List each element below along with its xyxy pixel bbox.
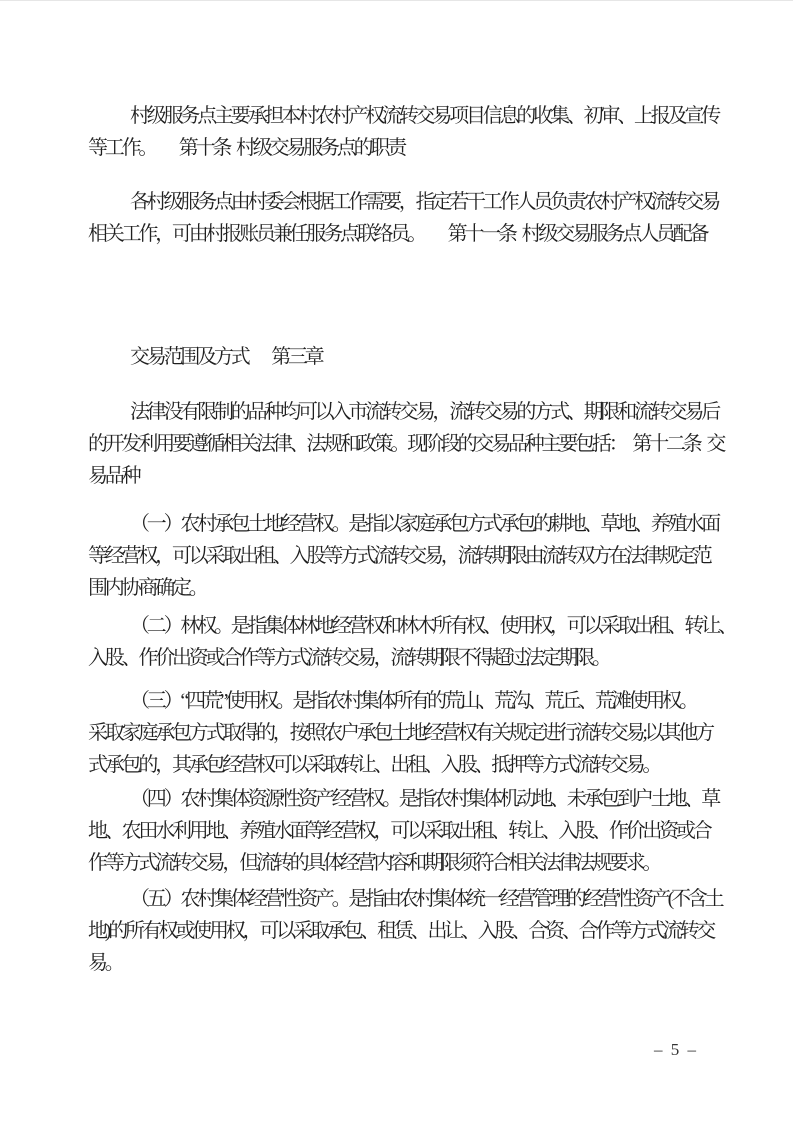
text-line: 法律没有限制的品种均可以入市流转交易，流转交易的方式、期限和流转交易后 bbox=[88, 396, 708, 428]
text-line: 各村级服务点由村委会根据工作需要，指定若干工作人员负责农村产权流转交易 bbox=[88, 186, 708, 218]
text-line: （四）农村集体资源性资产经营权。是指农村集体机动地、未承包到户土地、草 bbox=[88, 783, 708, 815]
list-item-4-collective-resource-assets: （四）农村集体资源性资产经营权。是指农村集体机动地、未承包到户土地、草 地、农田… bbox=[88, 783, 708, 879]
text-line: （三）“四荒”使用权。是指农村集体所有的荒山、荒沟、荒丘、荒滩使用权。 bbox=[88, 685, 708, 717]
text-line: 相关工作，可由村报账员兼任服务点联络员。 第十一条 村级交易服务点人员配备 bbox=[88, 218, 708, 250]
text-line: （一）农村承包土地经营权。是指以家庭承包方式承包的耕地、草地、养殖水面 bbox=[88, 508, 708, 540]
text-line: 入股、作价出资或合作等方式流转交易，流转期限不得超过法定期限。 bbox=[88, 642, 708, 674]
document-body: 村级服务点主要承担本村农村产权流转交易项目信息的收集、初审、上报及宣传 等工作。… bbox=[88, 1, 708, 1062]
text-line: 村级服务点主要承担本村农村产权流转交易项目信息的收集、初审、上报及宣传 bbox=[88, 100, 708, 132]
text-line: 易品种 bbox=[88, 460, 708, 492]
text-line: 式承包的，其承包经营权可以采取转让、出租、入股、抵押等方式流转交易。 bbox=[88, 749, 708, 781]
text-line: 作等方式流转交易，但流转的具体经营内容和期限须符合相关法律法规要求。 bbox=[88, 847, 708, 879]
paragraph-trading-varieties-intro: 法律没有限制的品种均可以入市流转交易，流转交易的方式、期限和流转交易后 的开发利… bbox=[88, 396, 708, 492]
text-line: 等工作。 第十条 村级交易服务点的职责 bbox=[88, 132, 708, 164]
chapter-heading: 交易范围及方式 第三章 bbox=[88, 341, 708, 373]
list-item-5-collective-operating-assets: （五）农村集体经营性资产。是指由农村集体统一经营管理的经营性资产(不含土 地)的… bbox=[88, 883, 708, 979]
text-line: （二）林权。是指集体林地经营权和林木所有权、使用权，可以采取出租、转让、 bbox=[88, 610, 708, 642]
text-line: 地、农田水利用地、养殖水面等经营权，可以采取出租、转让、入股、作价出资或合 bbox=[88, 815, 708, 847]
text-line: （五）农村集体经营性资产。是指由农村集体统一经营管理的经营性资产(不含土 bbox=[88, 883, 708, 915]
page-number: – 5 – bbox=[88, 1038, 708, 1062]
list-item-2-forest-rights: （二）林权。是指集体林地经营权和林木所有权、使用权，可以采取出租、转让、 入股、… bbox=[88, 610, 708, 674]
list-item-3-wasteland-use-rights: （三）“四荒”使用权。是指农村集体所有的荒山、荒沟、荒丘、荒滩使用权。 采取家庭… bbox=[88, 685, 708, 781]
text-line: 易。 bbox=[88, 947, 708, 979]
list-item-1-contracted-land-rights: （一）农村承包土地经营权。是指以家庭承包方式承包的耕地、草地、养殖水面 等经营权… bbox=[88, 508, 708, 604]
text-line: 的开发利用要遵循相关法律、法规和政策。现阶段的交易品种主要包括： 第十二条 交 bbox=[88, 428, 708, 460]
text-line: 地)的所有权或使用权，可以采取承包、租赁、出让、入股、合资、合作等方式流转交 bbox=[88, 915, 708, 947]
text-line: 围内协商确定。 bbox=[88, 572, 708, 604]
document-page: 村级服务点主要承担本村农村产权流转交易项目信息的收集、初审、上报及宣传 等工作。… bbox=[0, 0, 793, 1122]
paragraph-village-service-point-duties: 村级服务点主要承担本村农村产权流转交易项目信息的收集、初审、上报及宣传 等工作。… bbox=[88, 100, 708, 164]
text-line: 采取家庭承包方式取得的，按照农户承包土地经营权有关规定进行流转交易;以其他方 bbox=[88, 717, 708, 749]
text-line: 等经营权，可以采取出租、入股等方式流转交易，流转期限由流转双方在法律规定范 bbox=[88, 540, 708, 572]
paragraph-village-service-point-staffing: 各村级服务点由村委会根据工作需要，指定若干工作人员负责农村产权流转交易 相关工作… bbox=[88, 186, 708, 250]
